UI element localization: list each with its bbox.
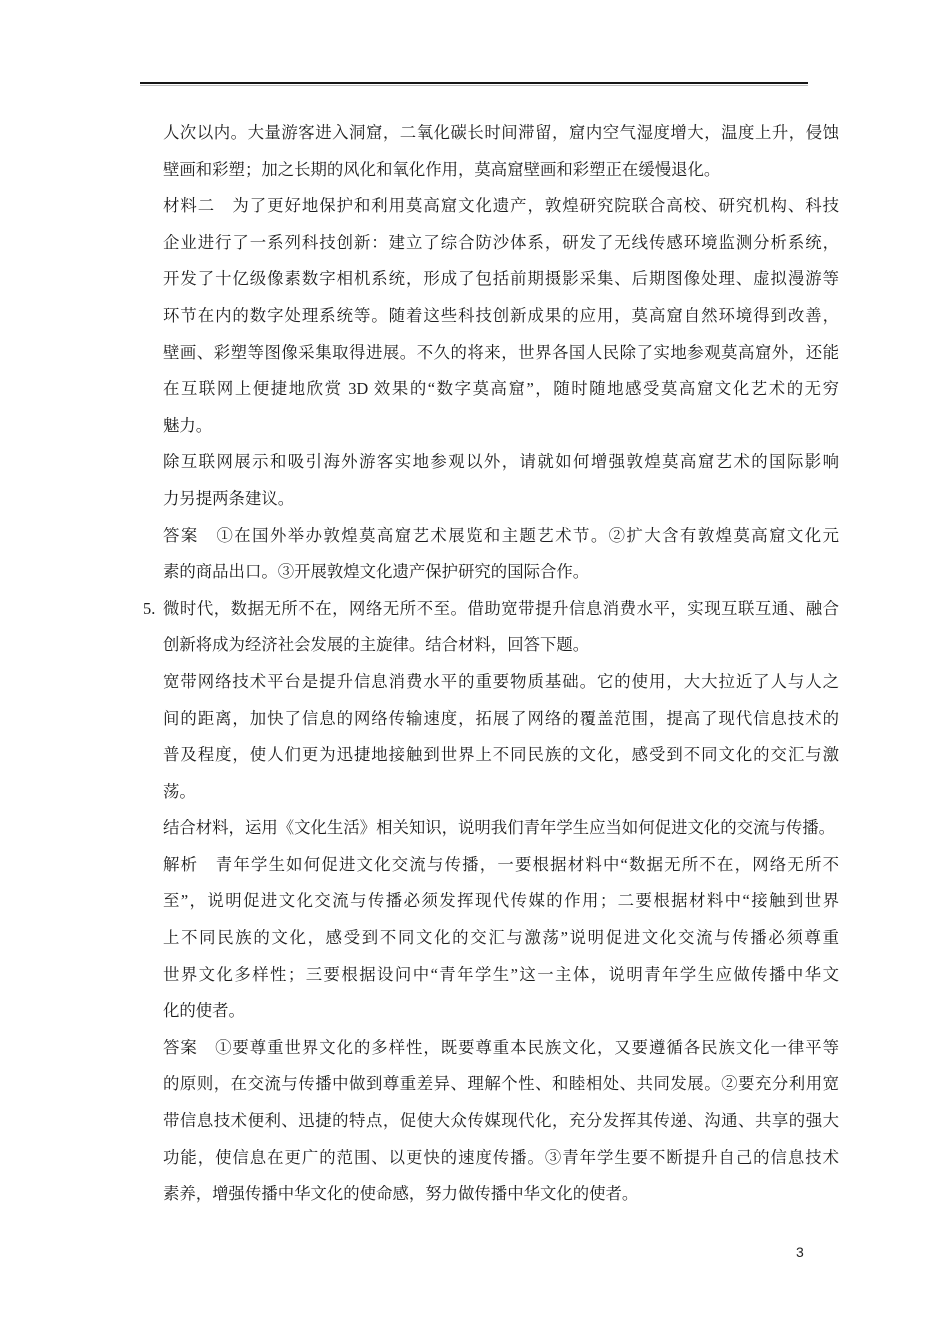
text-line: 环节在内的数字处理系统等。随着这些科技创新成果的应用，莫高窟自然环境得到改善， — [163, 298, 839, 335]
paragraph-answer-question-5: 答案 ①要尊重世界文化的多样性，既要尊重本民族文化，又要遵循各民族文化一律平等的… — [163, 1030, 839, 1213]
text-line: 的原则，在交流与传播中做到尊重差异、理解个性、和睦相处、共同发展。②要充分利用宽 — [163, 1066, 839, 1103]
question-5-stem: 5.微时代，数据无所不在，网络无所不至。借助宽带提升信息消费水平，实现互联互通、… — [163, 591, 839, 664]
text-line: 上不同民族的文化，感受到不同文化的交汇与激荡”说明促进文化交流与传播必须尊重 — [163, 920, 839, 957]
text-line: 素的商品出口。③开展敦煌文化遗产保护研究的国际合作。 — [163, 554, 839, 591]
text-line: 魅力。 — [163, 408, 839, 445]
paragraph-question-prompt: 除互联网展示和吸引海外游客实地参观以外，请就如何增强敦煌莫高窟艺术的国际影响力另… — [163, 444, 839, 517]
paragraph-question-5-prompt: 结合材料，运用《文化生活》相关知识，说明我们青年学生应当如何促进文化的交流与传播… — [163, 810, 839, 847]
text-line: 解析 青年学生如何促进文化交流与传播，一要根据材料中“数据无所不在，网络无所不 — [163, 847, 839, 884]
text-line: 壁画和彩塑；加之长期的风化和氧化作用，莫高窟壁画和彩塑正在缓慢退化。 — [163, 152, 839, 189]
paragraph-material-question-5: 宽带网络技术平台是提升信息消费水平的重要物质基础。它的使用，大大拉近了人与人之间… — [163, 664, 839, 810]
text-line: 人次以内。大量游客进入洞窟，二氧化碳长时间滞留，窟内空气湿度增大，温度上升，侵蚀 — [163, 115, 839, 152]
text-line: 除互联网展示和吸引海外游客实地参观以外，请就如何增强敦煌莫高窟艺术的国际影响 — [163, 444, 839, 481]
text-line: 结合材料，运用《文化生活》相关知识，说明我们青年学生应当如何促进文化的交流与传播… — [163, 810, 839, 847]
text-line: 功能，使信息在更广的范围、以更快的速度传播。③青年学生要不断提升自己的信息技术 — [163, 1140, 839, 1177]
text-line: 化的使者。 — [163, 993, 839, 1030]
text-line: 壁画、彩塑等图像采集取得进展。不久的将来，世界各国人民除了实地参观莫高窟外，还能 — [163, 335, 839, 372]
text-line: 世界文化多样性；三要根据设问中“青年学生”这一主体，说明青年学生应做传播中华文 — [163, 957, 839, 994]
document-body: 人次以内。大量游客进入洞窟，二氧化碳长时间滞留，窟内空气湿度增大，温度上升，侵蚀… — [163, 115, 839, 1213]
paragraph-material-two: 材料二 为了更好地保护和利用莫高窟文化遗产，敦煌研究院联合高校、研究机构、科技企… — [163, 188, 839, 444]
text-line: 在互联网上便捷地欣赏 3D 效果的“数字莫高窟”，随时随地感受莫高窟文化艺术的无… — [163, 371, 839, 408]
text-line: 至”，说明促进文化交流与传播必须发挥现代传媒的作用；二要根据材料中“接触到世界 — [163, 883, 839, 920]
text-line: 微时代，数据无所不在，网络无所不至。借助宽带提升信息消费水平，实现互联互通、融合 — [163, 591, 839, 628]
text-line: 答案 ①要尊重世界文化的多样性，既要尊重本民族文化，又要遵循各民族文化一律平等 — [163, 1030, 839, 1067]
text-line: 宽带网络技术平台是提升信息消费水平的重要物质基础。它的使用，大大拉近了人与人之 — [163, 664, 839, 701]
text-line: 普及程度，使人们更为迅捷地接触到世界上不同民族的文化，感受到不同文化的交汇与激 — [163, 737, 839, 774]
text-line: 开发了十亿级像素数字相机系统，形成了包括前期摄影采集、后期图像处理、虚拟漫游等 — [163, 261, 839, 298]
page-number: 3 — [796, 1244, 804, 1260]
question-number: 5. — [143, 591, 155, 628]
document-page: 人次以内。大量游客进入洞窟，二氧化碳长时间滞留，窟内空气湿度增大，温度上升，侵蚀… — [0, 0, 950, 1344]
paragraph-answer-question-4: 答案 ①在国外举办敦煌莫高窟艺术展览和主题艺术节。②扩大含有敦煌莫高窟文化元素的… — [163, 518, 839, 591]
text-line: 答案 ①在国外举办敦煌莫高窟艺术展览和主题艺术节。②扩大含有敦煌莫高窟文化元 — [163, 518, 839, 555]
paragraph-material-one-continuation: 人次以内。大量游客进入洞窟，二氧化碳长时间滞留，窟内空气湿度增大，温度上升，侵蚀… — [163, 115, 839, 188]
text-line: 带信息技术便利、迅捷的特点，促使大众传媒现代化，充分发挥其传递、沟通、共享的强大 — [163, 1103, 839, 1140]
text-line: 材料二 为了更好地保护和利用莫高窟文化遗产，敦煌研究院联合高校、研究机构、科技 — [163, 188, 839, 225]
text-line: 间的距离，加快了信息的网络传输速度，拓展了网络的覆盖范围，提高了现代信息技术的 — [163, 701, 839, 738]
text-line: 荡。 — [163, 774, 839, 811]
header-divider-rule — [140, 82, 808, 86]
text-line: 企业进行了一系列科技创新：建立了综合防沙体系，研发了无线传感环境监测分析系统， — [163, 225, 839, 262]
paragraph-analysis-question-5: 解析 青年学生如何促进文化交流与传播，一要根据材料中“数据无所不在，网络无所不至… — [163, 847, 839, 1030]
text-line: 素养，增强传播中华文化的使命感，努力做传播中华文化的使者。 — [163, 1176, 839, 1213]
text-line: 创新将成为经济社会发展的主旋律。结合材料，回答下题。 — [163, 627, 839, 664]
text-line: 力另提两条建议。 — [163, 481, 839, 518]
